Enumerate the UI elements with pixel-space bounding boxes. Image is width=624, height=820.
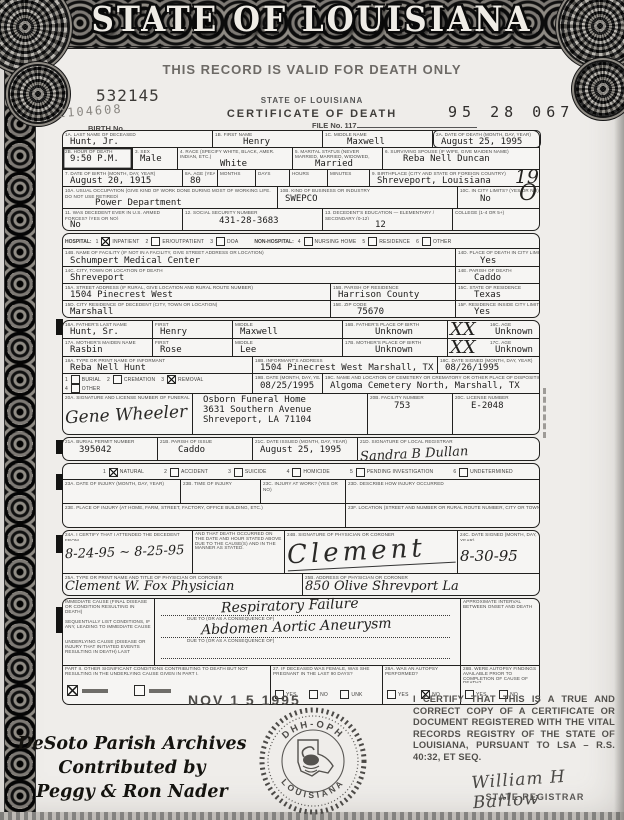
field-value: 12 xyxy=(325,220,450,230)
checkbox-pregnant-unk: Unk xyxy=(338,690,362,699)
field-first-name: 1B. FIRST NAMEHenry xyxy=(213,131,323,147)
field-label: DAYS xyxy=(258,171,287,176)
option-number: 4 xyxy=(298,239,301,245)
field-father-birthplace: 16B. FATHER'S PLACE OF BIRTHUnknown xyxy=(343,321,448,338)
field-label: 21C. DATE ISSUED (Month, Day, Year) xyxy=(255,439,355,444)
section-parents-informant: 16A. FATHER'S LAST NAMEHunt, Sr. FIRSTHe… xyxy=(62,320,540,435)
checkbox-nursing-home: 4NURSING HOME xyxy=(298,237,357,246)
section-tab-marker xyxy=(56,440,63,454)
checkbox-residence: 5RESIDENCE xyxy=(362,237,410,246)
field-label: 13. DECEDENT'S EDUCATION — ELEMENTARY / … xyxy=(325,210,450,220)
field-value: 431-28-3683 xyxy=(185,216,320,226)
field-usual-occupation: 10A. USUAL OCCUPATION (Give kind of work… xyxy=(63,187,278,208)
field-label: 23E. PLACE OF INJURY (At home, farm, str… xyxy=(65,505,343,510)
checkbox-icon xyxy=(304,237,313,246)
field-value: E-2048 xyxy=(455,401,539,411)
certifier-statement: AND THAT DEATH OCCURRED ON THE DATE AND … xyxy=(193,531,285,573)
handwritten-physician-address: 850 Olive Shrevport La xyxy=(305,579,539,594)
field-mother-maiden-name: 17A. MOTHER'S MAIDEN NAMERasbin xyxy=(63,339,153,356)
checkbox-undetermined: 6UNDETERMINED xyxy=(453,468,512,477)
field-mother-middle-name: MIDDLELee xyxy=(233,339,343,356)
checkbox-icon xyxy=(134,685,145,696)
field-value: August 20, 1915 xyxy=(65,176,180,186)
field-birthplace: 9. BIRTHPLACE (City and State or Foreign… xyxy=(370,170,541,186)
field-sex: 3. SEXMale xyxy=(133,148,178,169)
checkbox-icon xyxy=(459,468,468,477)
checkbox-cremation: 2CREMATION xyxy=(107,375,155,384)
field-zip-code: 15E. ZIP CODE75670 xyxy=(331,301,456,317)
checkbox-icon xyxy=(67,685,78,696)
field-middle-name: 1C. MIDDLE NAMEMaxwell xyxy=(323,131,433,147)
interval-label: APPROXIMATE INTERVAL BETWEEN ONSET AND D… xyxy=(463,600,539,620)
option-label: NATURAL xyxy=(120,469,144,475)
funeral-director-signature: Gene Wheeler xyxy=(65,401,191,428)
checkbox-er-outpatient: 2ER/OUTPATIENT xyxy=(146,237,205,246)
option-number: 2 xyxy=(107,377,110,383)
part2-label: PART II. OTHER SIGNIFICANT CONDITIONS CO… xyxy=(65,667,268,679)
checkbox-icon xyxy=(113,375,122,384)
checkbox-icon xyxy=(109,468,118,477)
field-value: Caddo xyxy=(458,273,539,283)
handwritten-zero: O xyxy=(519,181,537,206)
option-label: SUICIDE xyxy=(245,469,267,475)
field-city-of-death: 14C. CITY, TOWN OR LOCATION OF DEATHShre… xyxy=(63,267,456,283)
option-number: 1 xyxy=(96,239,99,245)
option-label: HOMICIDE xyxy=(303,469,330,475)
field-attended-from-to: 24A. I CERTIFY THAT I ATTENDED THE DECED… xyxy=(63,531,193,573)
form-row: 14B. NAME OF FACILITY (If not in a facil… xyxy=(63,248,539,265)
field-label: 23F. LOCATION (Street and Number or Rura… xyxy=(348,505,539,510)
option-number: 3 xyxy=(210,239,213,245)
field-label: 15F. RESIDENCE INSIDE CITY LIMITS? (Yes … xyxy=(458,302,539,307)
field-father-age: 16C. AGEUnknown xyxy=(488,321,541,338)
field-facility-name: 14B. NAME OF FACILITY (If not in a facil… xyxy=(63,249,456,265)
option-label: Unk xyxy=(351,692,362,698)
cause-lines: Respiratory Failure DUE TO (OR AS A CONS… xyxy=(155,599,461,665)
field-value: 75670 xyxy=(333,307,453,317)
field-value: 395042 xyxy=(65,445,155,455)
file-no-text: FILE No. 117 xyxy=(312,121,357,130)
field-value: Maxwell xyxy=(325,137,430,147)
field-method-of-disposition: 1BURIAL 2CREMATION 3REMOVAL 4OTHER xyxy=(63,374,253,393)
field-local-registrar-signature: 21D. SIGNATURE OF LOCAL REGISTRAR Sandra… xyxy=(358,438,541,460)
field-burial-permit-number: 21A. BURIAL PERMIT NUMBER395042 xyxy=(63,438,158,460)
form-row: 18A. TYPE OR PRINT NAME OF INFORMANTReba… xyxy=(63,356,539,373)
section-certifier: 24A. I CERTIFY THAT I ATTENDED THE DECED… xyxy=(62,530,540,596)
field-funeral-home-address: Osborn Funeral Home 3631 Southern Avenue… xyxy=(193,394,368,434)
checkbox-accident: 2ACCIDENT xyxy=(164,468,208,477)
place-of-death-checkbox-row: HOSPITAL: 1INPATIENT 2ER/OUTPATIENT 3DOA… xyxy=(63,234,539,248)
field-value: Married xyxy=(295,159,380,169)
svg-text:LOUISIANA: LOUISIANA xyxy=(279,777,346,800)
form-row: 21A. BURIAL PERMIT NUMBER395042 21B. PAR… xyxy=(63,438,539,460)
due-to-label: DUE TO (OR AS A CONSEQUENCE OF) xyxy=(157,638,458,643)
field-value: No xyxy=(65,220,180,230)
field-value: 753 xyxy=(370,401,450,411)
state-seal: DHH-OPH LOUISIANA xyxy=(256,704,370,818)
field-time-of-injury: 23B. TIME OF INJURY xyxy=(181,480,261,503)
field-state-of-residence: 15C. STATE OF RESIDENCETexas xyxy=(456,284,541,300)
field-label: 28A. WAS AN AUTOPSY PERFORMED? xyxy=(385,667,458,683)
field-label: 19C. NAME AND LOCATION OF CEMETERY OR CR… xyxy=(325,375,539,380)
field-how-injury-occurred: 23D. DESCRIBE HOW INJURY OCCURRED xyxy=(346,480,541,503)
checkbox-inpatient: 1INPATIENT xyxy=(96,237,140,246)
option-number: 3 xyxy=(161,377,164,383)
field-label: 11. WAS DECEDENT EVER IN U.S. ARMED FORC… xyxy=(65,210,180,220)
field-value: 80 xyxy=(185,176,215,186)
field-city-of-residence: 15D. CITY RESIDENCE OF DECEDENT (City, t… xyxy=(63,301,331,317)
form-row: 11. WAS DECEDENT EVER IN U.S. ARMED FORC… xyxy=(63,208,539,230)
field-label: 4. RACE (Specify White, Black, Amer. Ind… xyxy=(180,149,290,159)
option-number: 2 xyxy=(164,469,167,475)
field-value: Reba Nell Duncan xyxy=(385,154,539,164)
field-injury-location: 23F. LOCATION (Street and Number or Rura… xyxy=(346,504,541,527)
handwritten-date-signed: 8-30-95 xyxy=(460,547,539,565)
section-decedent: 1A. LAST NAME OF DECEASEDHunt, Jr. 1B. F… xyxy=(62,130,540,231)
field-label: 14D. PLACE OF DEATH IN CITY LIMITS? (Yes… xyxy=(458,250,539,255)
checkbox-removal: 3REMOVAL xyxy=(161,375,203,384)
field-label: 23A. DATE OF INJURY (Month, Day, Year) xyxy=(65,481,178,486)
field-value: Hunt, Sr. xyxy=(65,327,150,337)
field-date-of-injury: 23A. DATE OF INJURY (Month, Day, Year) xyxy=(63,480,181,503)
field-mother-first-name: FIRSTRose xyxy=(153,339,233,356)
field-race: 4. RACE (Specify White, Black, Amer. Ind… xyxy=(178,148,293,169)
field-value: 08/26/1995 xyxy=(440,363,539,373)
death-certificate-scan: STATE OF LOUISIANA THIS RECORD IS VALID … xyxy=(0,0,624,820)
field-value: Power Department xyxy=(65,198,275,208)
checkbox-suicide: 3SUICIDE xyxy=(228,468,266,477)
option-label: UNDETERMINED xyxy=(470,469,513,475)
cause-line-c xyxy=(161,644,450,659)
form-row: 15D. CITY RESIDENCE OF DECEDENT (City, t… xyxy=(63,300,539,317)
option-label: OTHER xyxy=(433,239,452,245)
checkbox-icon xyxy=(292,468,301,477)
field-death-in-city-limits: 14D. PLACE OF DEATH IN CITY LIMITS? (Yes… xyxy=(456,249,541,265)
field-street-address: 15A. STREET ADDRESS (If rural, give loca… xyxy=(63,284,331,300)
form-row: 14C. CITY, TOWN OR LOCATION OF DEATHShre… xyxy=(63,266,539,283)
manner-options: 1NATURAL 2ACCIDENT 3SUICIDE 4HOMICIDE 5P… xyxy=(63,467,541,477)
field-label: MONTHS xyxy=(220,171,253,176)
field-in-city-limits: 10C. IN CITY LIMITS? (Yes or No)No O xyxy=(458,187,541,208)
field-label: 27. IF DECEASED WAS FEMALE, WAS SHE PREG… xyxy=(273,667,380,683)
field-business-industry: 10B. KIND OF BUSINESS OR INDUSTRYSWEPCO xyxy=(278,187,458,208)
field-label: 10A. USUAL OCCUPATION (Give kind of work… xyxy=(65,188,275,198)
immediate-cause-label: IMMEDIATE CAUSE (Final disease or condit… xyxy=(65,600,152,616)
checkbox-icon xyxy=(309,690,318,699)
option-number: 6 xyxy=(453,469,456,475)
form-row: 16A. FATHER'S LAST NAMEHunt, Sr. FIRSTHe… xyxy=(63,321,539,338)
injury-row-2: 23E. PLACE OF INJURY (At home, farm, str… xyxy=(63,503,539,527)
option-label: ER/OUTPATIENT xyxy=(162,239,204,245)
field-place-of-injury: 23E. PLACE OF INJURY (At home, farm, str… xyxy=(63,504,346,527)
option-label: No xyxy=(320,692,328,698)
field-label: 19B. DATE (Month, Day, Year) xyxy=(255,375,320,380)
option-label: RESIDENCE xyxy=(379,239,410,245)
handwritten-xx-cell: XX xyxy=(448,339,488,356)
checkbox-pending-investigation: 5PENDING INVESTIGATION xyxy=(350,468,433,477)
handwritten-physician-name: Clement W. Fox Physician xyxy=(65,579,300,594)
field-hour-of-death: 2B. HOUR OF DEATH9:50 P.M. xyxy=(63,148,133,169)
blank-rule xyxy=(357,119,477,128)
field-label: 20A. SIGNATURE AND LICENSE NUMBER OF FUN… xyxy=(65,395,190,400)
field-age-minutes: MINUTES xyxy=(328,170,370,186)
form-row: 17A. MOTHER'S MAIDEN NAMERasbin FIRSTRos… xyxy=(63,338,539,356)
non-hospital-group-label: NON-HOSPITAL: xyxy=(254,239,293,245)
field-physician-name: 25A. TYPE OR PRINT NAME AND TITLE OF PHY… xyxy=(63,574,303,595)
field-label: 28B. WERE AUTOPSY FINDINGS AVAILABLE PRI… xyxy=(463,667,539,683)
illegible-label-bar xyxy=(149,689,171,693)
field-cemetery-name: 19C. NAME AND LOCATION OF CEMETERY OR CR… xyxy=(323,374,541,393)
checkbox-icon xyxy=(170,468,179,477)
valid-for-death-only-note: THIS RECORD IS VALID FOR DEATH ONLY xyxy=(0,62,624,77)
field-label: 23B. TIME OF INJURY xyxy=(183,481,258,486)
checkbox-icon xyxy=(234,468,243,477)
option-label: NURSING HOME xyxy=(315,239,357,245)
handwritten-cause-a: Respiratory Failure xyxy=(221,596,359,617)
funeral-home-name: Osborn Funeral Home xyxy=(195,395,365,405)
section-manner-of-death: 1NATURAL 2ACCIDENT 3SUICIDE 4HOMICIDE 5P… xyxy=(62,463,540,528)
field-date-issued: 21C. DATE ISSUED (Month, Day, Year)Augus… xyxy=(253,438,358,460)
funeral-home-street: 3631 Southern Avenue xyxy=(195,405,365,415)
certifier-row: 24A. I CERTIFY THAT I ATTENDED THE DECED… xyxy=(63,531,539,573)
field-age-months: MONTHS xyxy=(218,170,256,186)
hospital-group-label: HOSPITAL: xyxy=(65,239,92,245)
field-armed-forces: 11. WAS DECEDENT EVER IN U.S. ARMED FORC… xyxy=(63,209,183,230)
seal-graphic-icon: DHH-OPH LOUISIANA xyxy=(256,704,370,818)
field-disposition-date: 19B. DATE (Month, Day, Year)08/25/1995 xyxy=(253,374,323,393)
scan-edge-shadow xyxy=(614,0,624,820)
field-value: Schumpert Medical Center xyxy=(65,256,453,266)
option-number: 1 xyxy=(65,377,68,383)
option-label: Yes xyxy=(398,692,409,698)
certificate-form: 1A. LAST NAME OF DECEASEDHunt, Jr. 1B. F… xyxy=(62,130,540,707)
field-date-of-birth: 7. DATE OF BIRTH (Month, Day, Year)Augus… xyxy=(63,170,183,186)
field-funeral-director-signature: 20A. SIGNATURE AND LICENSE NUMBER OF FUN… xyxy=(63,394,193,434)
handwritten-xx: XX xyxy=(450,340,486,356)
field-value: 08/25/1995 xyxy=(255,381,320,391)
field-value: Unknown xyxy=(490,345,539,355)
section-tab-marker xyxy=(56,474,63,490)
cause-row: IMMEDIATE CAUSE (Final disease or condit… xyxy=(63,599,539,665)
option-number: 1 xyxy=(103,469,106,475)
form-row: 1BURIAL 2CREMATION 3REMOVAL 4OTHER 19B. … xyxy=(63,373,539,393)
field-age-years: 8A. AGE (Years)80 xyxy=(183,170,218,186)
physician-name-row: 25A. TYPE OR PRINT NAME AND TITLE OF PHY… xyxy=(63,573,539,595)
state-registrar-title: STATE REGISTRAR xyxy=(455,792,615,802)
field-physician-signature: 24B. SIGNATURE OF PHYSICIAN OR CORONER C… xyxy=(285,531,458,573)
field-age-days: DAYS xyxy=(256,170,290,186)
field-mother-birthplace: 17B. MOTHER'S PLACE OF BIRTHUnknown xyxy=(343,339,448,356)
option-number: 6 xyxy=(416,239,419,245)
field-value: Marshall xyxy=(65,307,328,317)
checkbox-icon xyxy=(356,468,365,477)
option-label: CREMATION xyxy=(124,377,155,383)
section-tab-marker xyxy=(56,535,63,553)
registry-certification-text: I CERTIFY THAT THIS IS A TRUE AND CORREC… xyxy=(413,694,615,763)
cause-side-labels: IMMEDIATE CAUSE (Final disease or condit… xyxy=(63,599,155,665)
field-certifier-date-signed: 24C. DATE SIGNED (Month, Day, Year) 8-30… xyxy=(458,531,541,573)
field-value: Reba Nell Hunt xyxy=(65,363,250,373)
checkbox-autopsy-yes: Yes xyxy=(385,690,409,699)
form-row: 20A. SIGNATURE AND LICENSE NUMBER OF FUN… xyxy=(63,393,539,434)
field-value: Caddo xyxy=(160,445,250,455)
field-value: SWEPCO xyxy=(280,194,455,204)
section-registrar: 21A. BURIAL PERMIT NUMBER395042 21B. PAR… xyxy=(62,437,540,461)
field-social-security-number: 12. SOCIAL SECURITY NUMBER431-28-3683 xyxy=(183,209,323,230)
funeral-home-city: Shreveport, LA 71104 xyxy=(195,415,365,425)
archives-line-2: Contributed by xyxy=(12,756,252,780)
field-value: Texas xyxy=(458,290,539,300)
field-value: Algoma Cemetery North, Marshall, TX xyxy=(325,381,539,391)
field-education-college: COLLEGE (1-4 or 5+) xyxy=(453,209,541,230)
field-father-last-name: 16A. FATHER'S LAST NAMEHunt, Sr. xyxy=(63,321,153,338)
checkbox-icon xyxy=(340,690,349,699)
section-place-of-death: HOSPITAL: 1INPATIENT 2ER/OUTPATIENT 3DOA… xyxy=(62,233,540,318)
field-label: 24C. DATE SIGNED (Month, Day, Year) xyxy=(460,532,539,541)
archives-attribution: DeSoto Parish Archives Contributed by Pe… xyxy=(12,732,252,804)
option-label: DOA xyxy=(227,239,238,245)
field-physician-address: 25B. ADDRESS OF PHYSICIAN OR CORONER 850… xyxy=(303,574,541,595)
field-label: 23D. DESCRIBE HOW INJURY OCCURRED xyxy=(348,481,539,486)
form-row: 1A. LAST NAME OF DECEASEDHunt, Jr. 1B. F… xyxy=(63,131,539,147)
seal-bottom-text: LOUISIANA xyxy=(279,777,346,800)
archives-line-3: Peggy & Ron Nader xyxy=(12,780,252,804)
checkbox-icon xyxy=(387,690,396,699)
checkbox-icon xyxy=(71,375,80,384)
state-registrar-signature: William H Barlow xyxy=(471,763,624,814)
option-label: REMOVAL xyxy=(178,377,203,383)
checkbox-homicide: 4HOMICIDE xyxy=(287,468,330,477)
section-tab-marker xyxy=(56,607,63,633)
field-age-hours: HOURS xyxy=(290,170,328,186)
option-number: 5 xyxy=(350,469,353,475)
field-value: Yes xyxy=(458,307,539,317)
form-row: 15A. STREET ADDRESS (If rural, give loca… xyxy=(63,283,539,300)
field-informant-name: 18A. TYPE OR PRINT NAME OF INFORMANTReba… xyxy=(63,357,253,373)
field-value: Yes xyxy=(458,256,539,266)
form-row: 10A. USUAL OCCUPATION (Give kind of work… xyxy=(63,186,539,208)
part2-checkbox-1 xyxy=(65,685,108,696)
option-number: 2 xyxy=(146,239,149,245)
injury-row-1: 23A. DATE OF INJURY (Month, Day, Year) 2… xyxy=(63,479,539,503)
field-father-middle-name: MIDDLEMaxwell xyxy=(233,321,343,338)
archives-line-1: DeSoto Parish Archives xyxy=(12,732,252,756)
field-injury-at-work: 23C. INJURY AT WORK? (Yes or No) xyxy=(261,480,346,503)
field-value: 1504 Pinecrest West xyxy=(65,290,328,300)
checkbox-other: 6OTHER xyxy=(416,237,451,246)
field-label: 24A. I CERTIFY THAT I ATTENDED THE DECED… xyxy=(65,532,190,541)
part2-checkbox-2 xyxy=(132,685,171,696)
form-row: 7. DATE OF BIRTH (Month, Day, Year)Augus… xyxy=(63,169,539,186)
cause-line-b: Abdomen Aortic Aneurysm xyxy=(161,623,450,638)
field-value: White xyxy=(180,159,290,169)
option-number: 3 xyxy=(228,469,231,475)
field-informant-date-signed: 18C. DATE SIGNED (Month, Day, Year)08/26… xyxy=(438,357,541,373)
checkbox-burial: 1BURIAL xyxy=(65,375,101,384)
field-value: August 25, 1995 xyxy=(436,137,538,147)
field-father-first-name: FIRSTHenry xyxy=(153,321,233,338)
field-value: Shreveport xyxy=(65,273,453,283)
field-value: Male xyxy=(135,154,175,164)
field-value: Harrison County xyxy=(333,290,453,300)
field-value: 9:50 P.M. xyxy=(65,154,130,164)
edge-stamp-marks xyxy=(543,388,546,438)
checkbox-icon xyxy=(368,237,377,246)
sequential-conditions-label: Sequentially list conditions, if any, le… xyxy=(65,620,152,636)
checkbox-icon xyxy=(422,237,431,246)
checkbox-icon xyxy=(71,384,80,393)
option-number: 4 xyxy=(287,469,290,475)
field-informant-address: 18B. INFORMANT'S ADDRESS1504 Pinecrest W… xyxy=(253,357,438,373)
field-label: HOURS xyxy=(292,171,325,176)
field-value: Henry xyxy=(215,137,320,147)
field-label: COLLEGE (1-4 or 5+) xyxy=(455,210,539,215)
field-last-name: 1A. LAST NAME OF DECEASEDHunt, Jr. xyxy=(63,131,213,147)
field-date-of-death: 2A. DATE OF DEATH (Month, Day, Year)Augu… xyxy=(433,130,541,148)
field-marital-status: 5. MARITAL STATUS (Never Married, Marrie… xyxy=(293,148,383,169)
engraved-left-border xyxy=(4,44,36,812)
field-license-number: 20C. LICENSE NUMBERE-2048 xyxy=(453,394,541,434)
checkbox-icon xyxy=(151,237,160,246)
field-value: Unknown xyxy=(490,327,539,337)
field-label: AND THAT DEATH OCCURRED ON THE DATE AND … xyxy=(195,532,282,570)
place-of-death-options: HOSPITAL: 1INPATIENT 2ER/OUTPATIENT 3DOA… xyxy=(63,236,541,246)
field-parish-of-issue: 21B. PARISH OF ISSUECaddo xyxy=(158,438,253,460)
form-row: 2B. HOUR OF DEATH9:50 P.M. 3. SEXMale 4.… xyxy=(63,147,539,169)
field-value: Lee xyxy=(235,345,340,355)
field-parish-of-residence: 15B. PARISH OF RESIDENCEHarrison County xyxy=(331,284,456,300)
option-number: 4 xyxy=(65,386,68,392)
option-number: 5 xyxy=(362,239,365,245)
option-label: PENDING INVESTIGATION xyxy=(367,469,434,475)
field-value: Henry xyxy=(155,327,230,337)
handwritten-attendance-dates: 8-24-95 ~ 8-25-95 xyxy=(65,543,190,562)
checkbox-disposition-other: 4OTHER xyxy=(65,384,100,393)
checkbox-natural: 1NATURAL xyxy=(103,468,144,477)
field-value: Unknown xyxy=(345,327,445,337)
checkbox-icon xyxy=(101,237,110,246)
field-value: Maxwell xyxy=(235,327,340,337)
option-label: BURIAL xyxy=(82,377,101,383)
handwritten-xx: XX xyxy=(450,322,486,338)
option-label: ACCIDENT xyxy=(181,469,208,475)
interval-column: APPROXIMATE INTERVAL BETWEEN ONSET AND D… xyxy=(461,599,541,665)
underlying-cause-label: UNDERLYING CAUSE (Disease or injury that… xyxy=(65,640,152,660)
field-facility-number: 20B. FACILITY NUMBER753 xyxy=(368,394,453,434)
manner-checkbox-row: 1NATURAL 2ACCIDENT 3SUICIDE 4HOMICIDE 5P… xyxy=(63,464,539,479)
file-no-label: FILE No. 117 xyxy=(312,119,477,130)
field-value: Rasbin xyxy=(65,345,150,355)
section-tab-marker xyxy=(56,319,63,335)
checkbox-icon xyxy=(216,237,225,246)
field-education: 13. DECEDENT'S EDUCATION — ELEMENTARY / … xyxy=(323,209,453,230)
checkbox-icon xyxy=(167,375,176,384)
field-residence-in-city-limits: 15F. RESIDENCE INSIDE CITY LIMITS? (Yes … xyxy=(456,301,541,317)
option-label: INPATIENT xyxy=(112,239,139,245)
field-value: August 25, 1995 xyxy=(255,445,355,455)
field-value: Unknown xyxy=(345,345,445,355)
field-parish-of-death: 14E. PARISH OF DEATHCaddo xyxy=(456,267,541,283)
field-mother-age: 17C. AGEUnknown xyxy=(488,339,541,356)
field-label: 5. MARITAL STATUS (Never Married, Marrie… xyxy=(295,149,380,159)
checkbox-pregnant-no: No xyxy=(307,690,328,699)
field-value: Hunt, Jr. xyxy=(65,137,210,147)
option-label: OTHER xyxy=(82,386,101,392)
field-value: Rose xyxy=(155,345,230,355)
field-value: 1504 Pinecrest West Marshall, TX xyxy=(255,363,435,373)
cause-line-a: Respiratory Failure xyxy=(161,601,450,616)
field-label: 23C. INJURY AT WORK? (Yes or No) xyxy=(263,481,343,491)
